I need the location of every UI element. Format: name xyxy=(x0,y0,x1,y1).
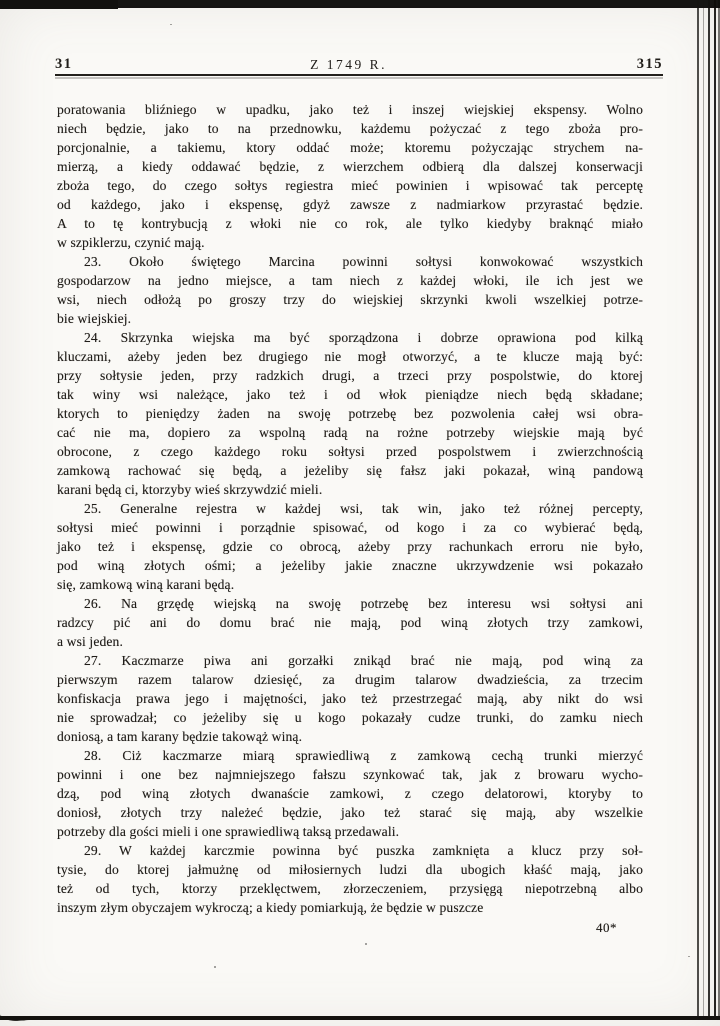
scan-binding-streak xyxy=(703,0,704,1020)
text-line: karani będą ci, ktorzyby wieś skrzywdzić… xyxy=(57,480,643,499)
header-title: Z 1749 R. xyxy=(310,57,387,73)
text-line: 27. Kaczmarze piwa ani gorzałki znikąd b… xyxy=(57,651,643,670)
paragraph: 25. Generalne rejestra w każdej wsi, tak… xyxy=(57,499,643,594)
text-line: dzą, pod winą złotych dwanaście zamkowi,… xyxy=(57,784,643,803)
scan-speckle xyxy=(170,24,172,25)
text-line: potrzeby dla gości mieli i one sprawiedl… xyxy=(57,822,643,841)
text-line: pierwszym razem talarow dziesięć, za dru… xyxy=(57,670,643,689)
text-line: bie wiejskiej. xyxy=(57,309,643,328)
header-page-number-left: 31 xyxy=(55,56,73,73)
text-line: 28. Ciż kaczmarze miarą sprawiedliwą z z… xyxy=(57,746,643,765)
scan-binding-streak xyxy=(714,0,716,1020)
paragraph: 28. Ciż kaczmarze miarą sprawiedliwą z z… xyxy=(57,746,643,841)
scan-binding-streak xyxy=(708,0,710,1020)
text-line: 23. Około świętego Marcina powinni sołty… xyxy=(57,252,643,271)
text-line: powinni i one bez najmniejszego fałszu s… xyxy=(57,765,643,784)
text-line: cać nie ma, dopiero za wspolną radą na r… xyxy=(57,423,643,442)
text-line: tysie, do ktorej jałmużnę od miłosiernyc… xyxy=(57,860,643,879)
paragraph: 26. Na grzędę wiejską na swoję potrzebę … xyxy=(57,594,643,651)
paragraph: 23. Około świętego Marcina powinni sołty… xyxy=(57,252,643,328)
scan-speckle xyxy=(365,943,367,945)
scan-speckle xyxy=(214,966,216,968)
paragraph: 24. Skrzynka wiejska ma być sporządzona … xyxy=(57,328,643,499)
header-rule xyxy=(55,74,663,76)
text-line: a wsi jeden. xyxy=(57,632,643,651)
scan-speckle xyxy=(688,956,690,957)
text-block: poratowania bliźniego w upadku, jako też… xyxy=(57,100,643,917)
text-line: się, zamkową winą karani będą. xyxy=(57,575,643,594)
text-line: kluczami, ażeby jeden bez drugiego nie m… xyxy=(57,347,643,366)
scan-edge-bottom xyxy=(0,1016,720,1020)
text-line: 24. Skrzynka wiejska ma być sporządzona … xyxy=(57,328,643,347)
text-line: porcjonalnie, a takiemu, ktory oddać moż… xyxy=(57,138,643,157)
text-line: poratowania bliźniego w upadku, jako też… xyxy=(57,100,643,119)
text-line: doniosł, złotych trzy należeć będzie, ja… xyxy=(57,803,643,822)
text-line: 26. Na grzędę wiejską na swoję potrzebę … xyxy=(57,594,643,613)
text-line: zamkową rachować się będą, a jeżeliby si… xyxy=(57,461,643,480)
text-line: sołtysi mieć powinni i porządnie spisowa… xyxy=(57,518,643,537)
paragraph: 27. Kaczmarze piwa ani gorzałki znikąd b… xyxy=(57,651,643,746)
text-line: inszym złym obyczajem wykroczą; a kiedy … xyxy=(57,898,643,917)
text-line: pod winą złotych ośmi; a jeżeliby jakie … xyxy=(57,556,643,575)
scanned-page: 31 Z 1749 R. 315 poratowania bliźniego w… xyxy=(0,0,720,1026)
paragraph: poratowania bliźniego w upadku, jako też… xyxy=(57,100,643,252)
text-line: jako też i ekspensę, gdzie co obrocą, aż… xyxy=(57,537,643,556)
text-line: też od tych, ktorzy przeklęctwem, złorze… xyxy=(57,879,643,898)
text-line: A to tę kontrybucją z włoki nie co rok, … xyxy=(57,214,643,233)
text-line: nie sprowadzał; co jeżeliby się u kogo p… xyxy=(57,708,643,727)
scan-edge-top-corner xyxy=(0,0,118,9)
text-line: obrocone, z czego każdego roku sołtysi p… xyxy=(57,442,643,461)
paragraph: 29. W każdej karczmie powinna być puszka… xyxy=(57,841,643,917)
text-line: ktorych to pieniędzy żaden na swoję potr… xyxy=(57,404,643,423)
text-line: tak winy wsi należące, jako też i od wło… xyxy=(57,385,643,404)
text-line: od każdego, jako i ekspensę, gdyż zawsze… xyxy=(57,195,643,214)
text-line: konfiskacja prawa jego i majętności, jak… xyxy=(57,689,643,708)
running-head: 31 Z 1749 R. 315 xyxy=(55,53,663,73)
scan-binding-streak xyxy=(697,0,699,1020)
text-line: przy sołtysie jeden, przy radzkich drugi… xyxy=(57,366,643,385)
text-line: 25. Generalne rejestra w każdej wsi, tak… xyxy=(57,499,643,518)
text-line: 29. W każdej karczmie powinna być puszka… xyxy=(57,841,643,860)
text-line: wsi, niech odłożą po groszy trzy do wiej… xyxy=(57,290,643,309)
header-page-number-right: 315 xyxy=(637,56,663,73)
text-line: doniosą, a tam karany będzie takowąż win… xyxy=(57,727,643,746)
text-line: w szpiklerzu, czynić mają. xyxy=(57,233,643,252)
text-line: mierzą, a kiedy oddawać będzie, z wierzc… xyxy=(57,157,643,176)
text-line: radzcy pić ani do domu brać nie mają, po… xyxy=(57,613,643,632)
text-line: niech będzie, jako to na przednowku, każ… xyxy=(57,119,643,138)
signature-mark: 40* xyxy=(57,920,617,936)
text-line: zboża tego, do czego sołtys regiestra mi… xyxy=(57,176,643,195)
text-line: gospodarzow na jedno miejsce, a tam niec… xyxy=(57,271,643,290)
